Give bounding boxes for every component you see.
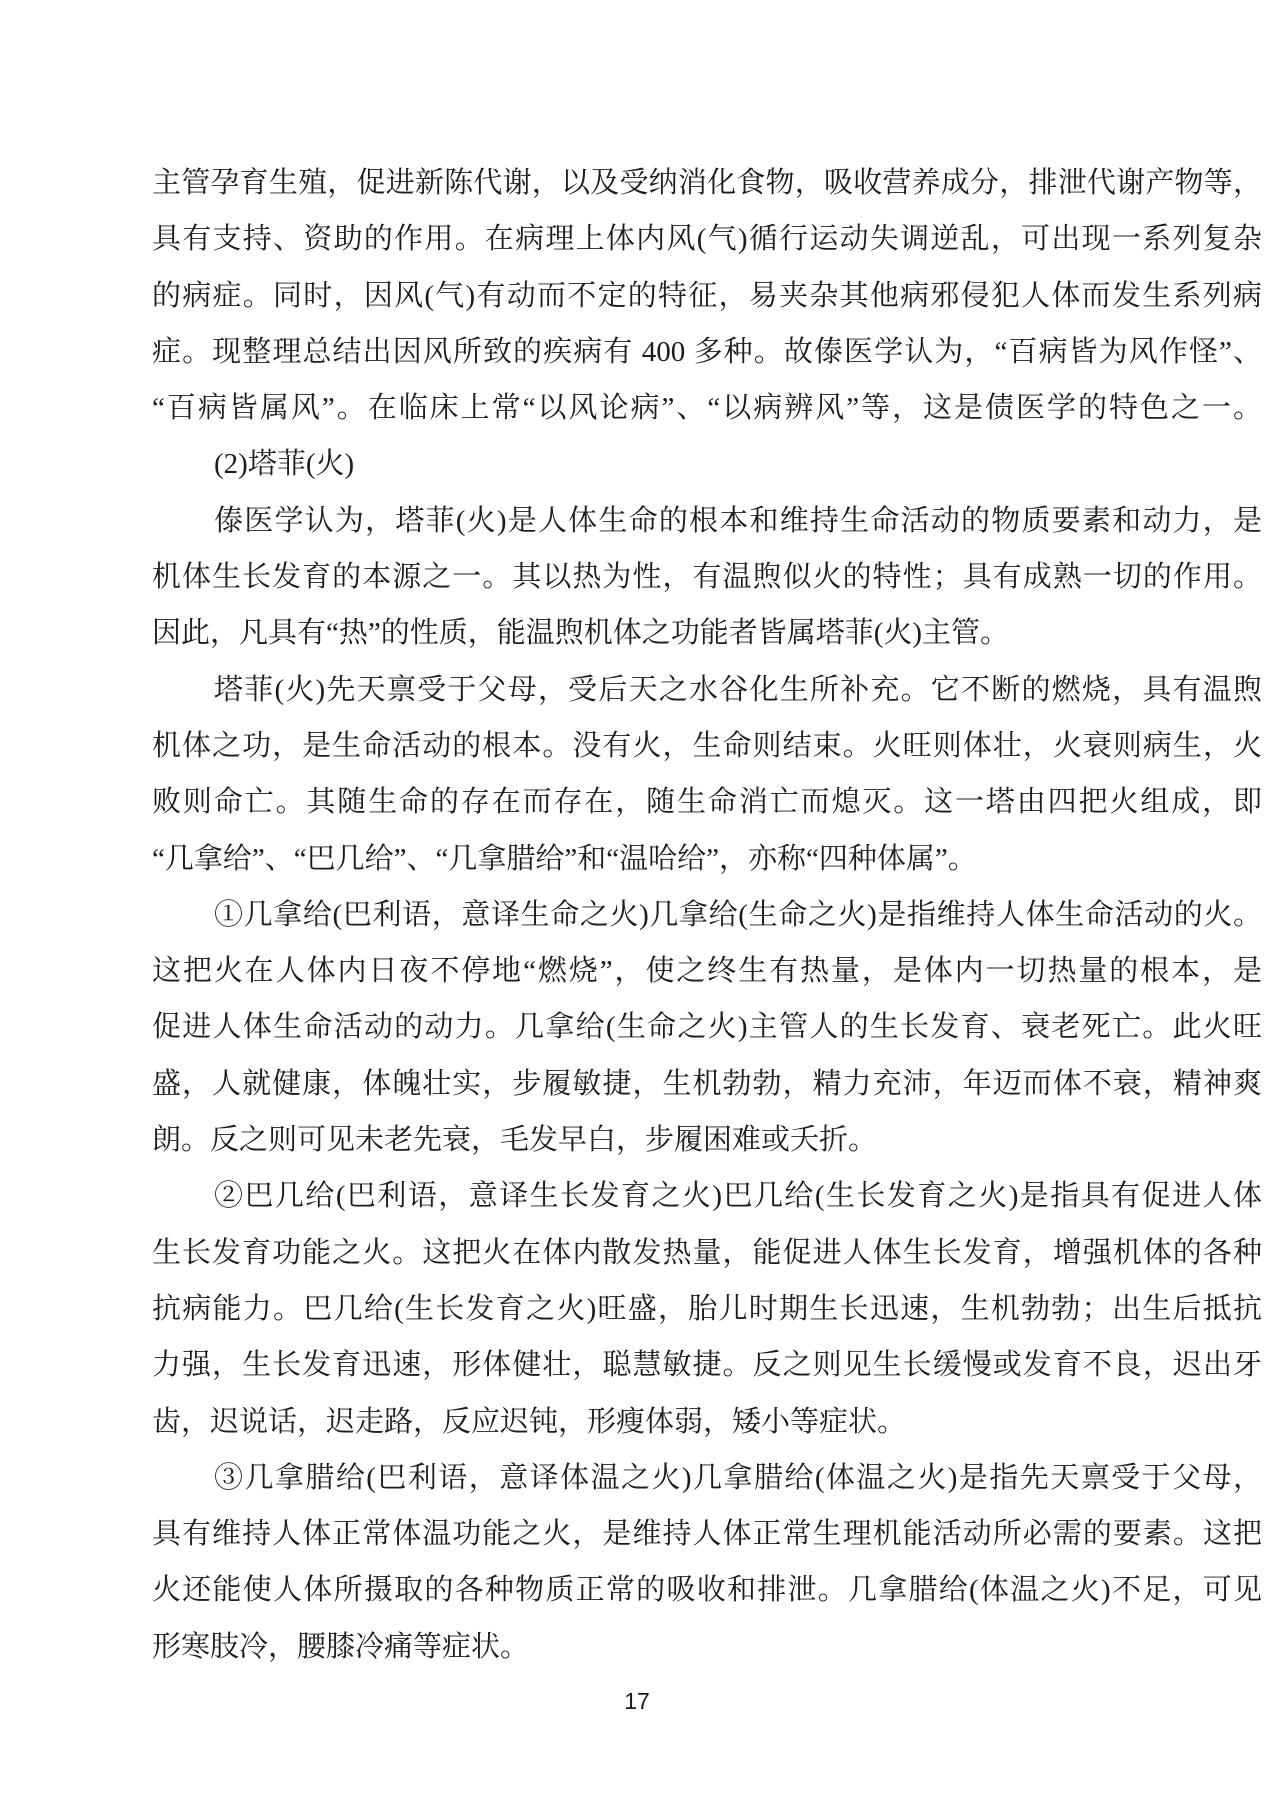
text-line: 促进人体生命活动的动力。几拿给(生命之火)主管人的生长发育、衰老死亡。此火旺 — [152, 999, 1262, 1055]
text-line: 朗。反之则可见未老先衰，毛发早白，步履困难或夭折。 — [152, 1112, 1262, 1168]
text-line: “几拿给”、“巴几给”、“几拿腊给”和“温哈给”，亦称“四种体属”。 — [152, 831, 1262, 887]
text-line: 因此，凡具有“热”的性质，能温煦机体之功能者皆属塔菲(火)主管。 — [152, 605, 1262, 661]
text-line: ①几拿给(巴利语，意译生命之火)几拿给(生命之火)是指维持人体生命活动的火。 — [152, 887, 1262, 943]
paragraph-jinalagei-temperature-fire: ③几拿腊给(巴利语，意译体温之火)几拿腊给(体温之火)是指先天禀受于父母， 具有… — [152, 1450, 1262, 1675]
text-line: 盛，人就健康，体魄壮实，步履敏捷，生机勃勃，精力充沛，年迈而体不衰，精神爽 — [152, 1056, 1262, 1112]
text-line: 的病症。同时，因风(气)有动而不定的特征，易夹杂其他病邪侵犯人体而发生系列病 — [152, 268, 1262, 324]
text-line: 具有维持人体正常体温功能之火，是维持人体正常生理机能活动所必需的要素。这把 — [152, 1506, 1262, 1562]
document-page: 主管孕育生殖，促进新陈代谢，以及受纳消化食物，吸收营养成分，排泄代谢产物等， 具… — [0, 0, 1274, 1801]
paragraph-bajigei-growth-fire: ②巴几给(巴利语，意译生长发育之火)巴几给(生长发育之火)是指具有促进人体 生长… — [152, 1168, 1262, 1449]
heading-tafei-fire: (2)塔菲(火) — [152, 436, 1262, 492]
text-line: ②巴几给(巴利语，意译生长发育之火)巴几给(生长发育之火)是指具有促进人体 — [152, 1168, 1262, 1224]
page-content: 主管孕育生殖，促进新陈代谢，以及受纳消化食物，吸收营养成分，排泄代谢产物等， 具… — [152, 155, 1262, 1675]
text-line: 火还能使人体所摄取的各种物质正常的吸收和排泄。几拿腊给(体温之火)不足，可见 — [152, 1562, 1262, 1618]
page-number: 17 — [0, 1688, 1274, 1715]
text-line: 症。现整理总结出因风所致的疾病有 400 多种。故傣医学认为，“百病皆为风作怪”… — [152, 324, 1262, 380]
text-line: 塔菲(火)先天禀受于父母，受后天之水谷化生所补充。它不断的燃烧，具有温煦 — [152, 662, 1262, 718]
text-line: 傣医学认为，塔菲(火)是人体生命的根本和维持生命活动的物质要素和动力，是 — [152, 493, 1262, 549]
text-line: 抗病能力。巴几给(生长发育之火)旺盛，胎儿时期生长迅速，生机勃勃；出生后抵抗 — [152, 1281, 1262, 1337]
text-line: 败则命亡。其随生命的存在而存在，随生命消亡而熄灭。这一塔由四把火组成，即 — [152, 774, 1262, 830]
text-line: 机体之功，是生命活动的根本。没有火，生命则结束。火旺则体壮，火衰则病生，火 — [152, 718, 1262, 774]
text-line: 齿，迟说话，迟走路，反应迟钝，形瘦体弱，矮小等症状。 — [152, 1394, 1262, 1450]
text-line: “百病皆属风”。在临床上常“以风论病”、“以病辨风”等，这是债医学的特色之一。 — [152, 380, 1262, 436]
paragraph-wind-pathology: 主管孕育生殖，促进新陈代谢，以及受纳消化食物，吸收营养成分，排泄代谢产物等， 具… — [152, 155, 1262, 436]
paragraph-jinagei-life-fire: ①几拿给(巴利语，意译生命之火)几拿给(生命之火)是指维持人体生命活动的火。 这… — [152, 887, 1262, 1168]
text-line: ③几拿腊给(巴利语，意译体温之火)几拿腊给(体温之火)是指先天禀受于父母， — [152, 1450, 1262, 1506]
text-line: 主管孕育生殖，促进新陈代谢，以及受纳消化食物，吸收营养成分，排泄代谢产物等， — [152, 155, 1262, 211]
paragraph-tafei-origin: 塔菲(火)先天禀受于父母，受后天之水谷化生所补充。它不断的燃烧，具有温煦 机体之… — [152, 662, 1262, 887]
section-heading: (2)塔菲(火) — [152, 436, 1262, 492]
text-line: 力强，生长发育迅速，形体健壮，聪慧敏捷。反之则见生长缓慢或发育不良，迟出牙 — [152, 1337, 1262, 1393]
paragraph-tafei-definition: 傣医学认为，塔菲(火)是人体生命的根本和维持生命活动的物质要素和动力，是 机体生… — [152, 493, 1262, 662]
text-line: 这把火在人体内日夜不停地“燃烧”，使之终生有热量，是体内一切热量的根本，是 — [152, 943, 1262, 999]
text-line: 生长发育功能之火。这把火在体内散发热量，能促进人体生长发育，增强机体的各种 — [152, 1225, 1262, 1281]
text-line: 形寒肢冷，腰膝冷痛等症状。 — [152, 1619, 1262, 1675]
text-line: 机体生长发育的本源之一。其以热为性，有温煦似火的特性；具有成熟一切的作用。 — [152, 549, 1262, 605]
text-line: 具有支持、资助的作用。在病理上体内风(气)循行运动失调逆乱，可出现一系列复杂 — [152, 211, 1262, 267]
